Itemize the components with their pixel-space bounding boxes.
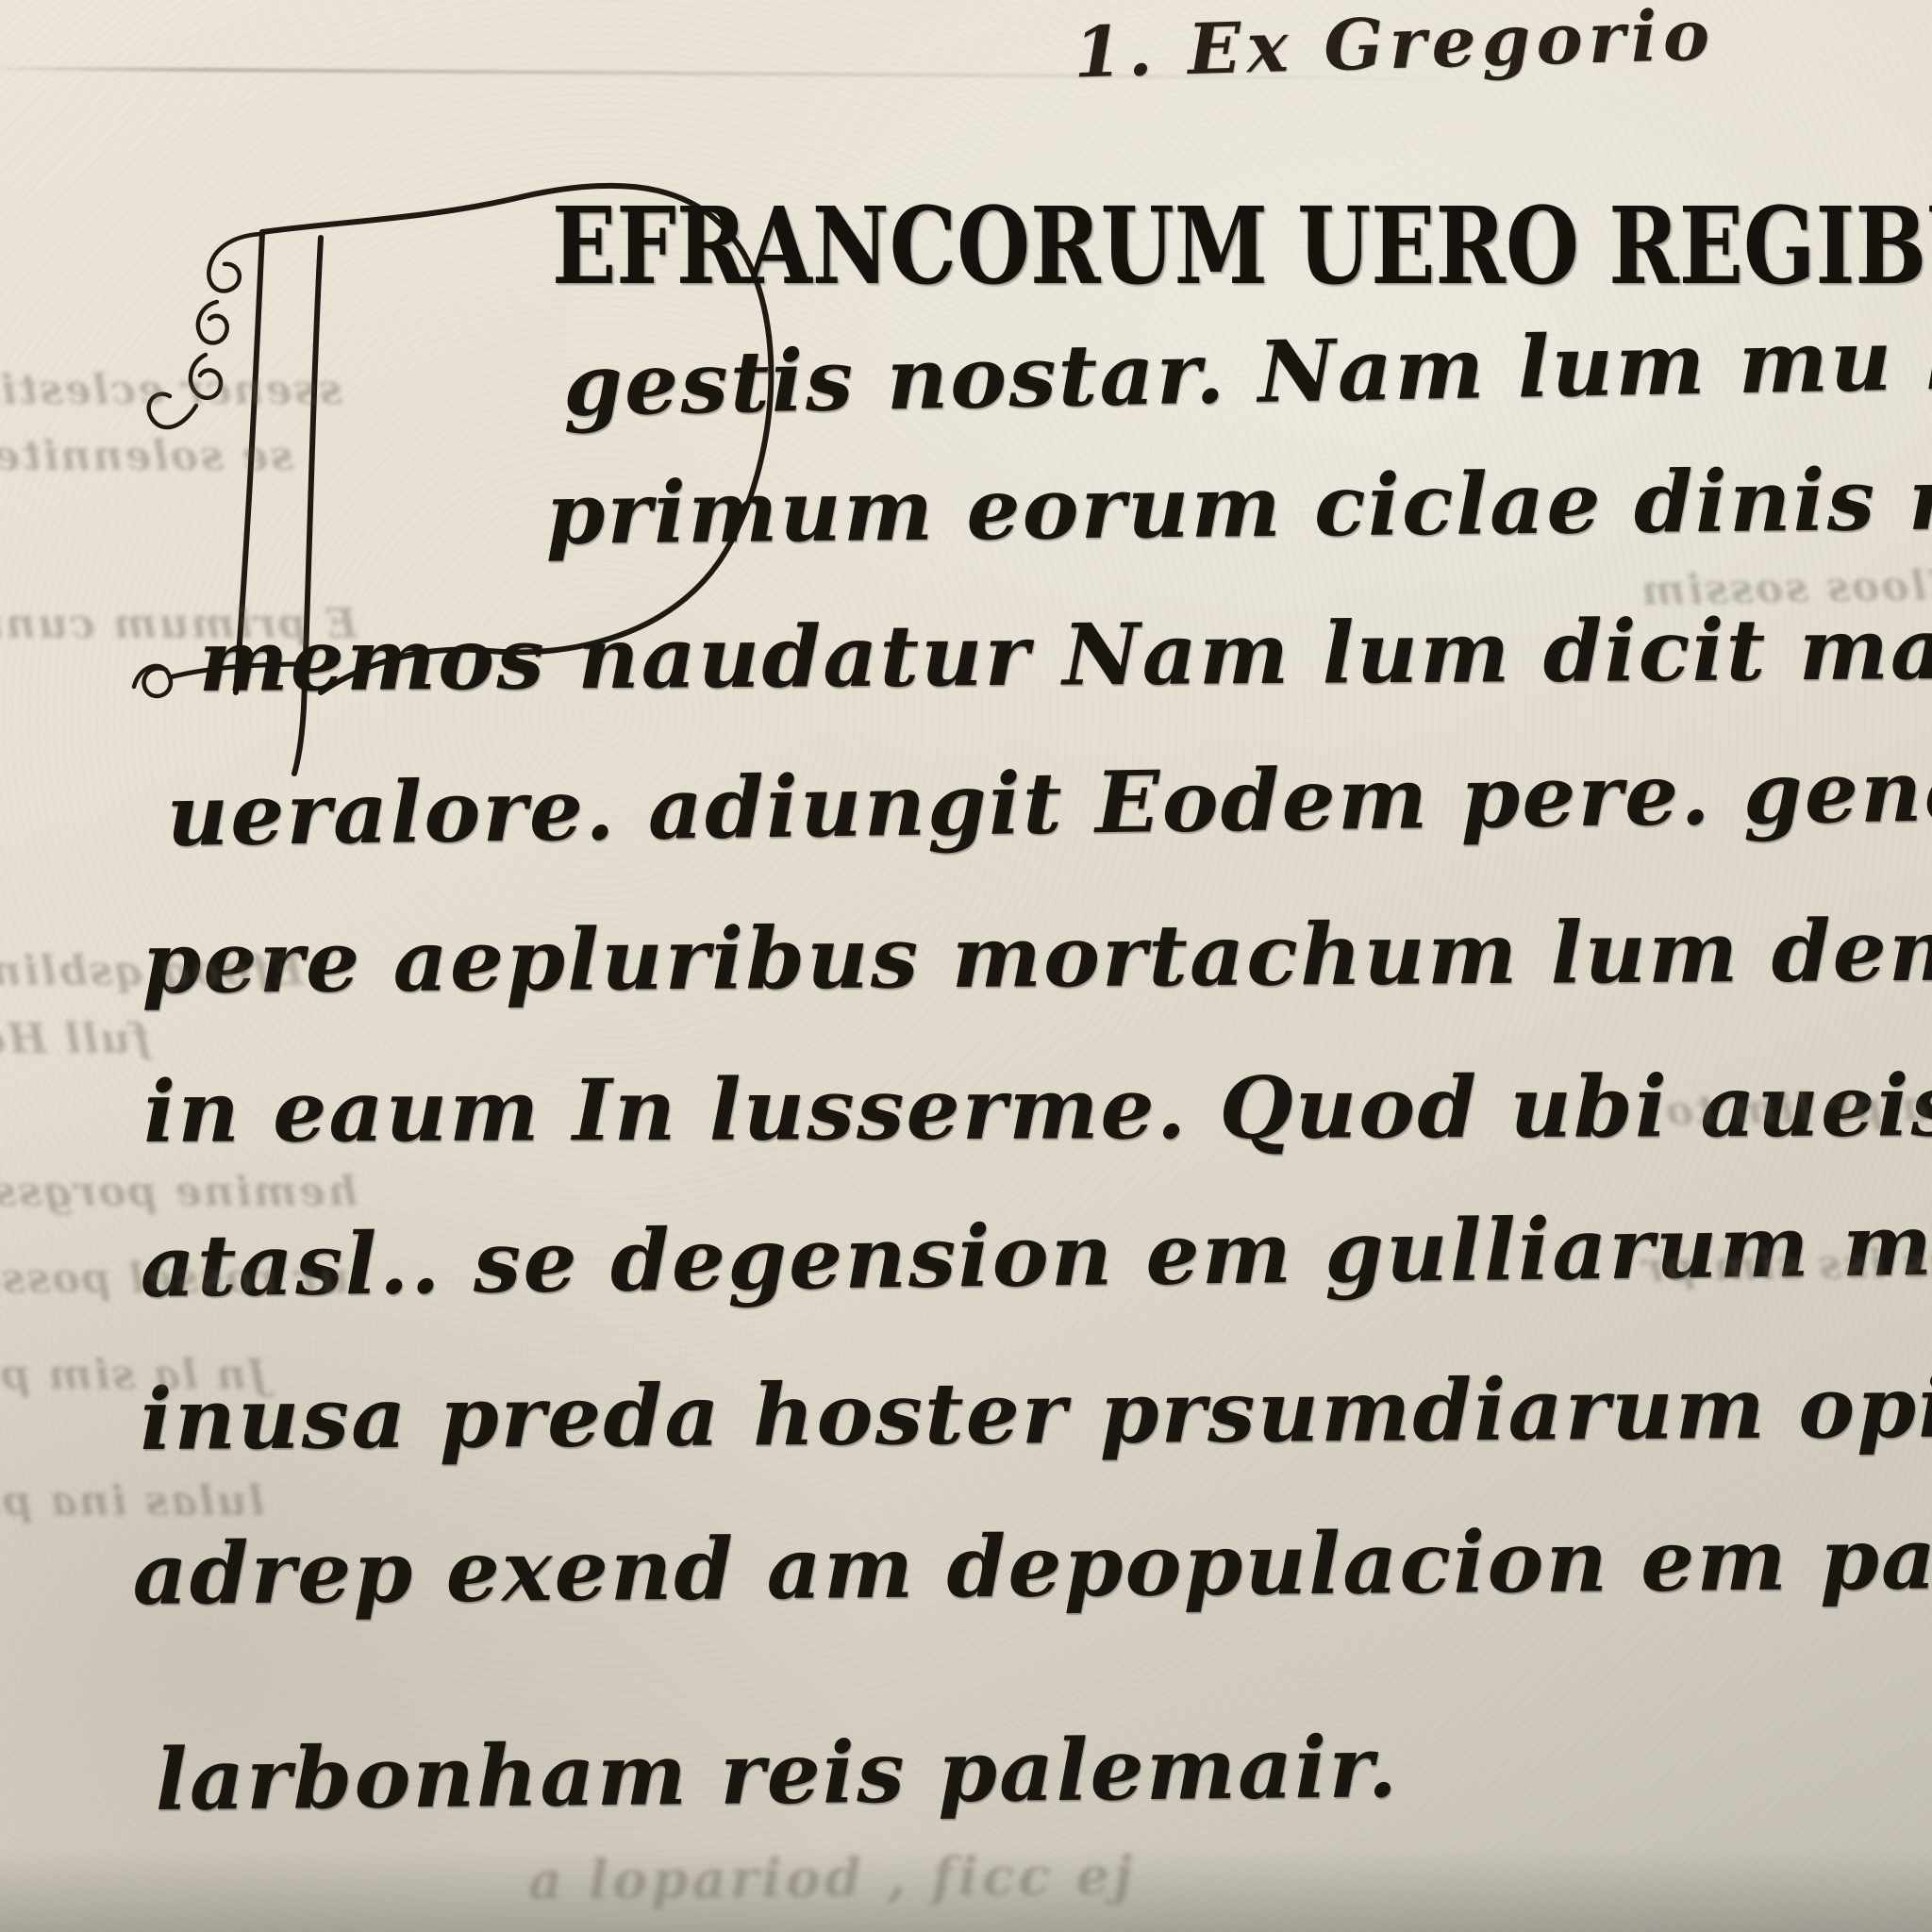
text-line: inusa preda hoster prsumdiarum opima dep… xyxy=(140,1352,1932,1470)
bleedthrough-fragment: us iss sim pr xyxy=(1641,1239,1932,1292)
bleedthrough-fragment: lulas ina pr xyxy=(0,1477,265,1525)
bleedthrough-fragment: Eloos sossim xyxy=(1640,561,1932,615)
text-line: primum eorum ciclae dinis nomma ralo xyxy=(545,443,1932,564)
bleedthrough-fragment: hemine porgssi xyxy=(0,1168,358,1216)
text-line: larbonham reis palemair. xyxy=(155,1717,1399,1830)
bleedthrough-fragment: ur rossel posse xyxy=(0,1255,349,1303)
bleedthrough-fragment: Jn la sim pr xyxy=(0,1351,268,1399)
text-line: pere aepluribus mortachum lum demus p ad… xyxy=(142,894,1932,1013)
bleedthrough-fragment: E primum cunn xyxy=(0,600,358,648)
bleedthrough-fragment: ea pr lim to xyxy=(1664,1082,1932,1135)
manuscript-page: 1. Ex Gregorio EFRANCORUM UERO REGIBUS g… xyxy=(0,0,1932,1932)
opening-capitals-line: EFRANCORUM UERO REGIBUS xyxy=(552,185,1932,308)
bleedthrough-fragment: se solenniter xyxy=(0,432,293,480)
bleedthrough-fragment: ssencr eclestis xyxy=(0,366,342,414)
text-line: adrep exend am depopulacion em pasair lu… xyxy=(132,1502,1932,1624)
bleedthrough-fragment: Efooq qsblim xyxy=(0,947,304,995)
folio-heading: 1. Ex Gregorio xyxy=(1073,0,1716,93)
bleedthrough-fragment: full He xyxy=(0,1015,150,1063)
bleedthrough-bottom-line: a lopariod , ficc ej xyxy=(528,1844,1137,1912)
